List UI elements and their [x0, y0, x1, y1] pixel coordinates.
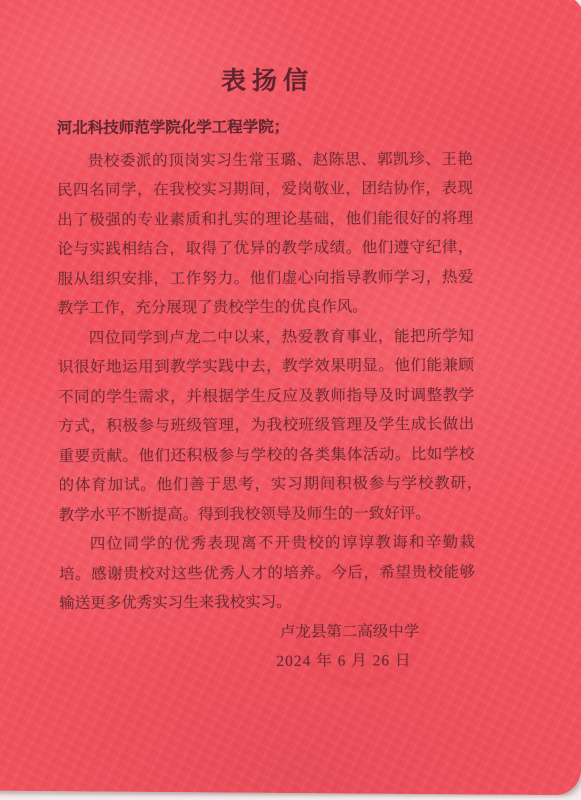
letter-content: 表扬信 河北科技师范学院化学工程学院； 贵校委派的顶岗实习生常玉璐、赵陈思、郭凯… — [56, 63, 475, 678]
letter-paragraph-2: 四位同学到卢龙二中以来，热爱教育事业，能把所学知识很好地运用到教学实践中去，教学… — [58, 321, 475, 530]
letter-date: 2024 年 6 月 26 日 — [59, 646, 475, 678]
letter-paragraph-3: 四位同学的优秀表现离不开贵校的谆谆教诲和辛勤栽培。感谢贵校对这些优秀人才的培养。… — [59, 528, 475, 619]
letter-title: 表扬信 — [56, 63, 472, 101]
letter-photo: 表扬信 河北科技师范学院化学工程学院； 贵校委派的顶岗实习生常玉璐、赵陈思、郭凯… — [0, 0, 581, 800]
letter-salutation: 河北科技师范学院化学工程学院； — [57, 112, 473, 144]
photo-background-edge — [0, 794, 581, 800]
letter-paragraph-1: 贵校委派的顶岗实习生常玉璐、赵陈思、郭凯珍、王艳民四名同学，在我校实习期间，爱岗… — [57, 144, 474, 323]
letter-signature: 卢龙县第二高级中学 — [59, 616, 475, 648]
